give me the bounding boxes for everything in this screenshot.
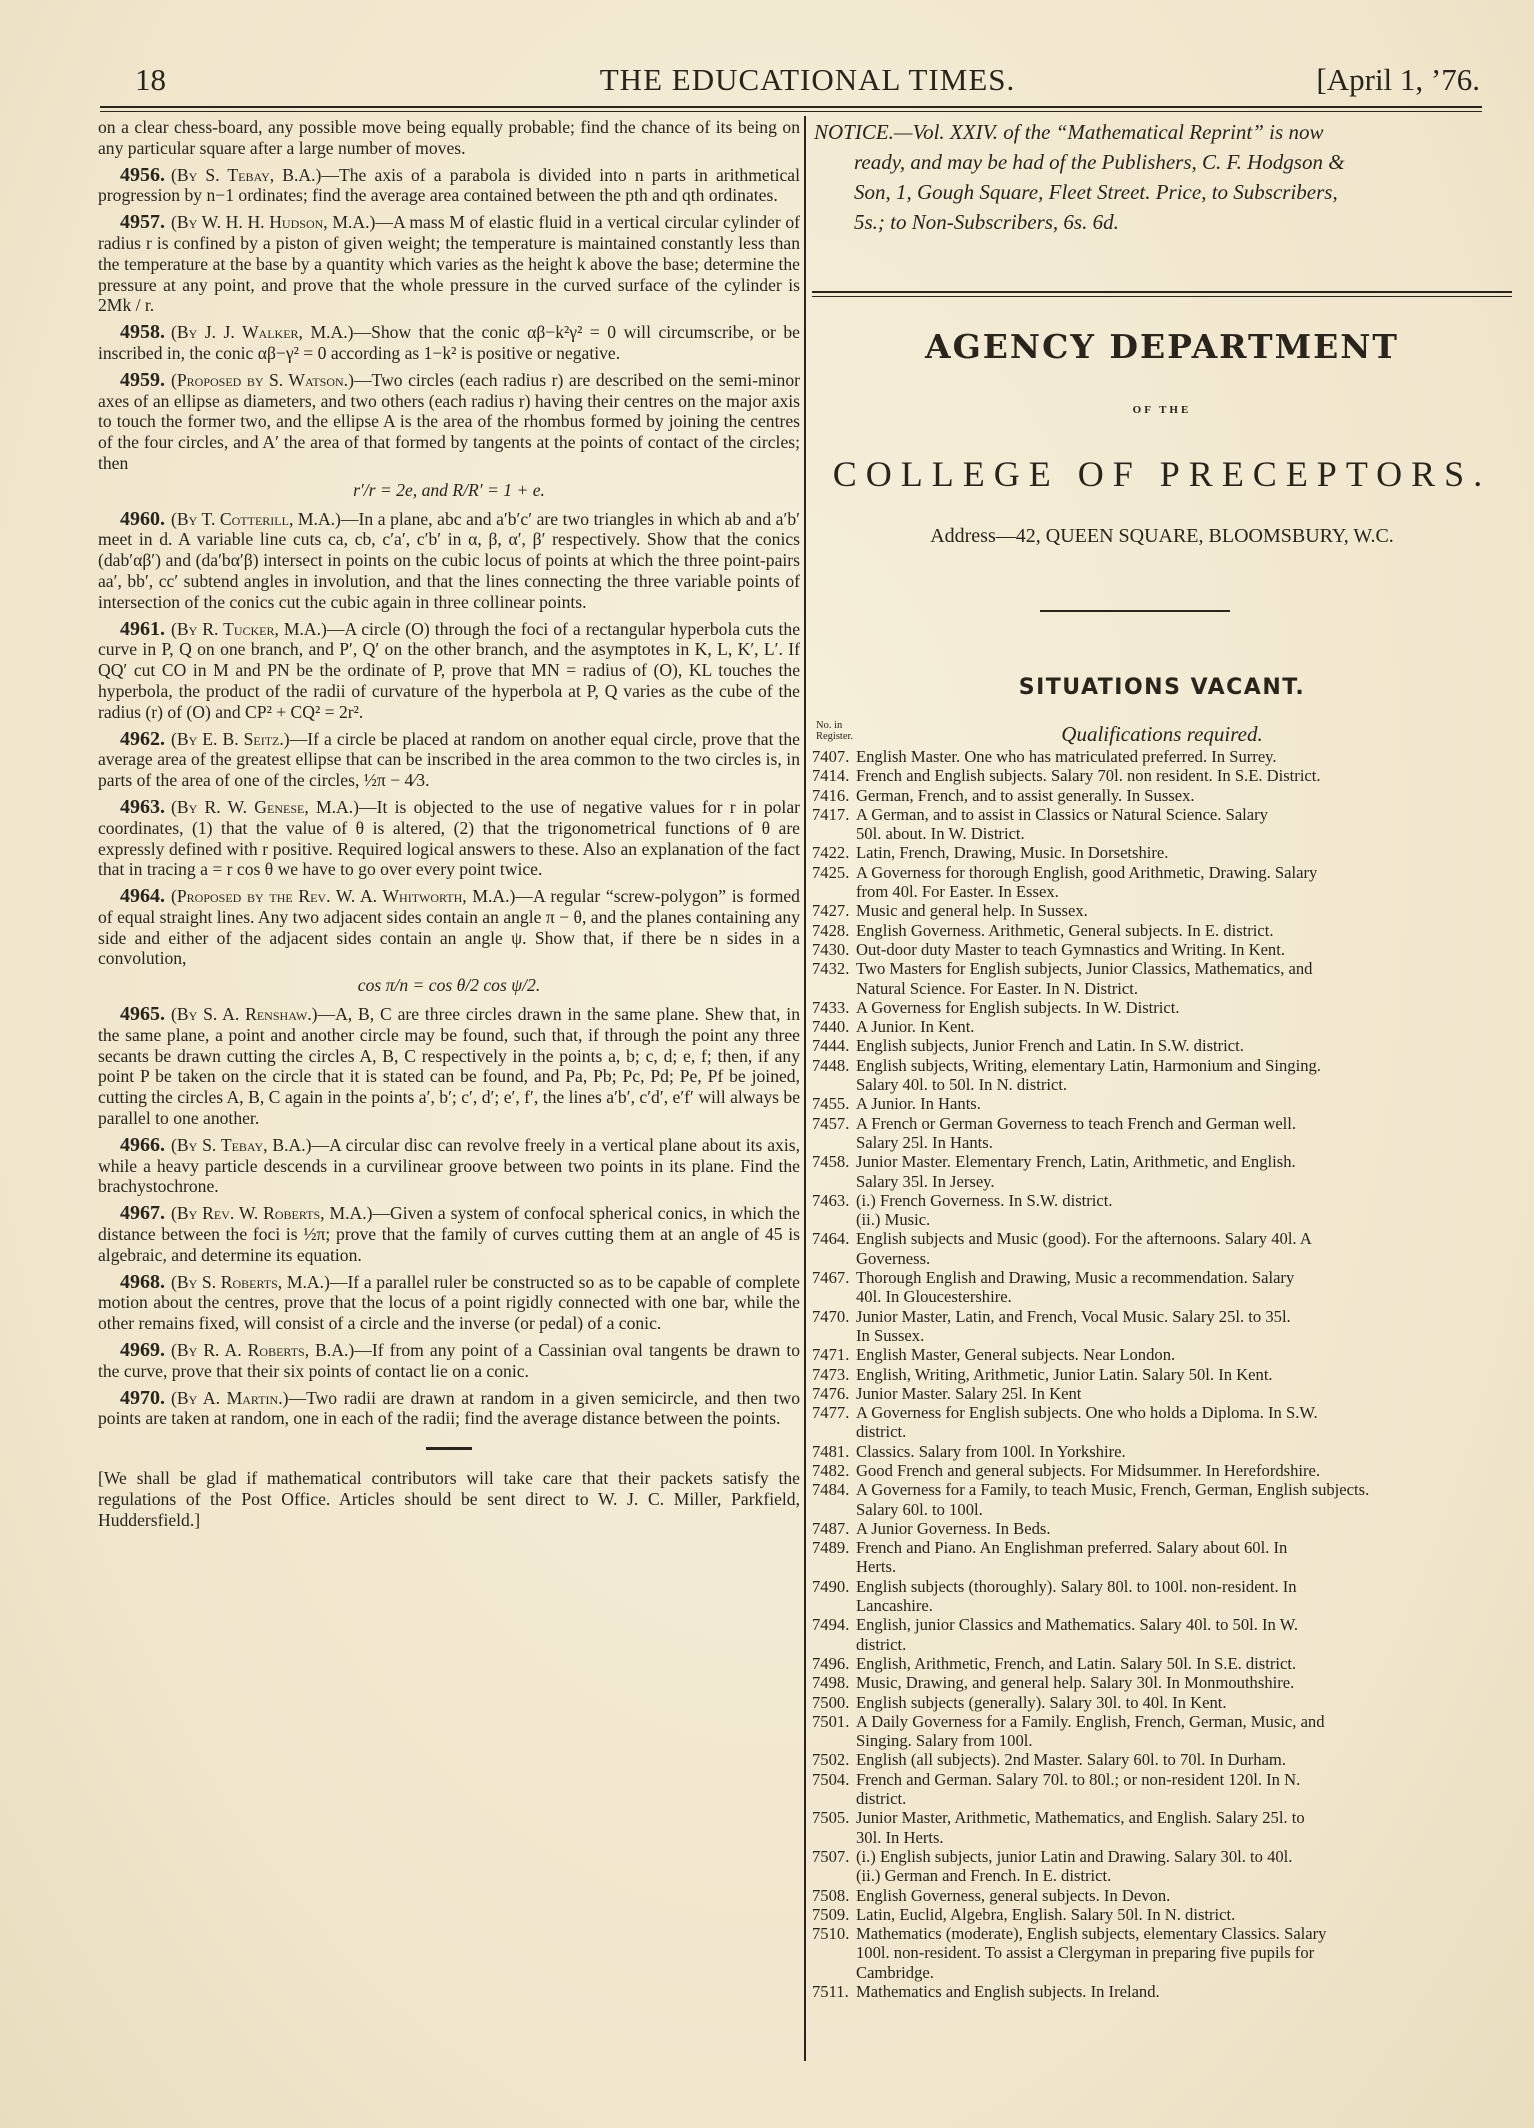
question-author: (By S. Roberts, M.A.)	[171, 1272, 330, 1292]
vacancy-line: Out-door duty Master to teach Gymnastics…	[856, 940, 1512, 959]
vacancy-row: 7508.English Governess, general subjects…	[812, 1886, 1512, 1905]
vacancy-description: English Master. One who has matriculated…	[856, 747, 1512, 766]
register-number: 7432.	[812, 959, 856, 998]
question-author: (By Rev. W. Roberts, M.A.)	[171, 1203, 372, 1223]
vacancy-row: 7504.French and German. Salary 70l. to 8…	[812, 1770, 1512, 1809]
question-formula: cos π/n = cos θ/2 cos ψ/2.	[98, 975, 800, 996]
vacancy-line: English, junior Classics and Mathematics…	[856, 1615, 1512, 1634]
register-number: 7487.	[812, 1519, 856, 1538]
vacancy-line: A French or German Governess to teach Fr…	[856, 1114, 1512, 1133]
vacancy-line: French and English subjects. Salary 70l.…	[856, 766, 1512, 785]
vacancy-description: A Junior. In Hants.	[856, 1094, 1512, 1113]
vacancy-line: Latin, Euclid, Algebra, English. Salary …	[856, 1905, 1512, 1924]
question-item: 4959.(Proposed by S. Watson.)—Two circle…	[98, 370, 800, 474]
vacancy-row: 7477.A Governess for English subjects. O…	[812, 1403, 1512, 1442]
vacancy-description: Junior Master. Elementary French, Latin,…	[856, 1152, 1512, 1191]
vacancy-row: 7489.French and Piano. An Englishman pre…	[812, 1538, 1512, 1577]
vacancy-row: 7440.A Junior. In Kent.	[812, 1017, 1512, 1036]
notice-line: NOTICE.—Vol. XXIV. of the “Mathematical …	[814, 120, 1323, 144]
register-number: 7467.	[812, 1268, 856, 1307]
vacancy-row: 7471.English Master, General subjects. N…	[812, 1345, 1512, 1364]
vacancy-line: A German, and to assist in Classics or N…	[856, 805, 1512, 824]
continuation-text: on a clear chess-board, any possible mov…	[98, 117, 800, 159]
vacancy-row: 7417.A German, and to assist in Classics…	[812, 805, 1512, 844]
vacancy-description: Music and general help. In Sussex.	[856, 901, 1512, 920]
register-number: 7481.	[812, 1442, 856, 1461]
vacancy-line: Salary 35l. In Jersey.	[856, 1172, 1512, 1191]
vacancy-row: 7496.English, Arithmetic, French, and La…	[812, 1654, 1512, 1673]
register-number: 7508.	[812, 1886, 856, 1905]
register-number: 7484.	[812, 1480, 856, 1519]
register-number: 7448.	[812, 1056, 856, 1095]
register-number: 7511.	[812, 1982, 856, 2001]
vacancy-row: 7507.(i.) English subjects, junior Latin…	[812, 1847, 1512, 1886]
register-number: 7414.	[812, 766, 856, 785]
vacancy-line: 40l. In Gloucestershire.	[856, 1287, 1512, 1306]
notice-line: 5s.; to Non-Subscribers, 6s. 6d.	[814, 207, 1512, 237]
question-author: (By E. B. Seitz.)	[171, 729, 290, 749]
vacancy-row: 7455.A Junior. In Hants.	[812, 1094, 1512, 1113]
question-item: 4965.(By S. A. Renshaw.)—A, B, C are thr…	[98, 1004, 800, 1129]
vacancy-row: 7473.English, Writing, Arithmetic, Junio…	[812, 1365, 1512, 1384]
register-number: 7477.	[812, 1403, 856, 1442]
question-author: (By S. Tebay, B.A.)	[171, 1135, 311, 1155]
vacancy-row: 7484.A Governess for a Family, to teach …	[812, 1480, 1512, 1519]
vacancy-line: Lancashire.	[856, 1596, 1512, 1615]
vacancy-description: English subjects, Writing, elementary La…	[856, 1056, 1512, 1095]
register-number: 7509.	[812, 1905, 856, 1924]
register-number: 7501.	[812, 1712, 856, 1751]
question-author: (By R. Tucker, M.A.)	[171, 619, 327, 639]
vacancy-line: (i.) French Governess. In S.W. district.	[856, 1191, 1512, 1210]
vacancy-line: Latin, French, Drawing, Music. In Dorset…	[856, 843, 1512, 862]
question-item: 4966.(By S. Tebay, B.A.)—A circular disc…	[98, 1135, 800, 1197]
vacancy-line: district.	[856, 1789, 1512, 1808]
vacancy-description: (i.) French Governess. In S.W. district.…	[856, 1191, 1512, 1230]
vacancy-line: German, French, and to assist generally.…	[856, 786, 1512, 805]
vacancy-description: English, junior Classics and Mathematics…	[856, 1615, 1512, 1654]
header-rule-thin	[100, 111, 1482, 112]
vacancy-line: Junior Master. Salary 25l. In Kent	[856, 1384, 1512, 1403]
question-author: (Proposed by S. Watson.)	[171, 370, 354, 390]
vacancy-line: English Governess, general subjects. In …	[856, 1886, 1512, 1905]
vacancy-description: German, French, and to assist generally.…	[856, 786, 1512, 805]
vacancy-row: 7470.Junior Master, Latin, and French, V…	[812, 1307, 1512, 1346]
register-number: 7428.	[812, 921, 856, 940]
address-divider	[1040, 610, 1230, 612]
vacancy-row: 7433.A Governess for English subjects. I…	[812, 998, 1512, 1017]
agency-column: NOTICE.—Vol. XXIV. of the “Mathematical …	[812, 117, 1512, 237]
question-item: 4958.(By J. J. Walker, M.A.)—Show that t…	[98, 322, 800, 364]
vacancy-description: Junior Master, Latin, and French, Vocal …	[856, 1307, 1512, 1346]
register-number: 7507.	[812, 1847, 856, 1886]
register-number: 7494.	[812, 1615, 856, 1654]
vacancy-line: Music and general help. In Sussex.	[856, 901, 1512, 920]
question-number: 4956.	[98, 164, 165, 186]
vacancy-row: 7500.English subjects (generally). Salar…	[812, 1693, 1512, 1712]
vacancy-line: Mathematics (moderate), English subjects…	[856, 1924, 1512, 1943]
register-number: 7500.	[812, 1693, 856, 1712]
question-number: 4959.	[98, 369, 165, 391]
vacancy-row: 7444.English subjects, Junior French and…	[812, 1036, 1512, 1055]
vacancy-description: Two Masters for English subjects, Junior…	[856, 959, 1512, 998]
vacancy-line: A Governess for a Family, to teach Music…	[856, 1480, 1512, 1499]
vacancy-line: English subjects (thoroughly). Salary 80…	[856, 1577, 1512, 1596]
vacancy-line: English subjects, Junior French and Lati…	[856, 1036, 1512, 1055]
vacancy-line: Salary 40l. to 50l. In N. district.	[856, 1075, 1512, 1094]
register-number: 7490.	[812, 1577, 856, 1616]
register-number: 7457.	[812, 1114, 856, 1153]
question-number: 4964.	[98, 885, 165, 907]
vacancy-row: 7501.A Daily Governess for a Family. Eng…	[812, 1712, 1512, 1751]
vacancy-description: English subjects (generally). Salary 30l…	[856, 1693, 1512, 1712]
register-number: 7473.	[812, 1365, 856, 1384]
vacancy-description: Thorough English and Drawing, Music a re…	[856, 1268, 1512, 1307]
vacancy-line: Salary 60l. to 100l.	[856, 1500, 1512, 1519]
question-number: 4965.	[98, 1003, 165, 1025]
vacancy-row: 7505.Junior Master, Arithmetic, Mathemat…	[812, 1808, 1512, 1847]
vacancy-description: A Daily Governess for a Family. English,…	[856, 1712, 1512, 1751]
vacancy-description: (i.) English subjects, junior Latin and …	[856, 1847, 1512, 1886]
question-author: (By A. Martin.)	[171, 1388, 288, 1408]
notice-line: ready, and may be had of the Publishers,…	[814, 147, 1512, 177]
vacancy-description: A German, and to assist in Classics or N…	[856, 805, 1512, 844]
vacancy-description: A Governess for thorough English, good A…	[856, 863, 1512, 902]
vacancy-row: 7482.Good French and general subjects. F…	[812, 1461, 1512, 1480]
question-author: (By J. J. Walker, M.A.)	[171, 322, 353, 342]
vacancy-line: Junior Master, Latin, and French, Vocal …	[856, 1307, 1512, 1326]
question-number: 4968.	[98, 1271, 165, 1293]
vacancy-description: Latin, Euclid, Algebra, English. Salary …	[856, 1905, 1512, 1924]
vacancy-line: A Daily Governess for a Family. English,…	[856, 1712, 1512, 1731]
question-number: 4969.	[98, 1339, 165, 1361]
register-number: 7489.	[812, 1538, 856, 1577]
question-item: 4969.(By R. A. Roberts, B.A.)—If from an…	[98, 1340, 800, 1382]
question-item: 4968.(By S. Roberts, M.A.)—If a parallel…	[98, 1272, 800, 1334]
question-item: 4963.(By R. W. Genese, M.A.)—It is objec…	[98, 797, 800, 880]
question-item: 4957.(By W. H. H. Hudson, M.A.)—A mass M…	[98, 212, 800, 316]
question-number: 4962.	[98, 728, 165, 750]
vacancy-description: French and English subjects. Salary 70l.…	[856, 766, 1512, 785]
column-divider	[804, 116, 806, 2061]
register-number: 7430.	[812, 940, 856, 959]
issue-date: [April 1, ’76.	[1316, 62, 1480, 98]
vacancy-description: Classics. Salary from 100l. In Yorkshire…	[856, 1442, 1512, 1461]
vacancy-line: English subjects and Music (good). For t…	[856, 1229, 1512, 1248]
vacancy-description: English subjects and Music (good). For t…	[856, 1229, 1512, 1268]
vacancy-description: English subjects (thoroughly). Salary 80…	[856, 1577, 1512, 1616]
vacancy-line: A Junior. In Hants.	[856, 1094, 1512, 1113]
vacancy-line: Cambridge.	[856, 1963, 1512, 1982]
vacancy-description: Latin, French, Drawing, Music. In Dorset…	[856, 843, 1512, 862]
question-number: 4958.	[98, 321, 165, 343]
vacancy-row: 7463.(i.) French Governess. In S.W. dist…	[812, 1191, 1512, 1230]
situations-heading: SITUATIONS VACANT.	[812, 675, 1512, 700]
vacancy-line: Music, Drawing, and general help. Salary…	[856, 1673, 1512, 1692]
vacancy-row: 7509.Latin, Euclid, Algebra, English. Sa…	[812, 1905, 1512, 1924]
vacancy-row: 7481.Classics. Salary from 100l. In York…	[812, 1442, 1512, 1461]
vacancy-row: 7494.English, junior Classics and Mathem…	[812, 1615, 1512, 1654]
vacancy-line: from 40l. For Easter. In Essex.	[856, 882, 1512, 901]
reprint-notice: NOTICE.—Vol. XXIV. of the “Mathematical …	[812, 117, 1512, 237]
vacancy-line: French and German. Salary 70l. to 80l.; …	[856, 1770, 1512, 1789]
vacancy-description: English Governess, general subjects. In …	[856, 1886, 1512, 1905]
question-author: (By T. Cotterill, M.A.)	[171, 509, 341, 529]
vacancy-description: French and German. Salary 70l. to 80l.; …	[856, 1770, 1512, 1809]
register-number: 7502.	[812, 1750, 856, 1769]
vacancy-row: 7425.A Governess for thorough English, g…	[812, 863, 1512, 902]
college-heading: COLLEGE OF PRECEPTORS.	[812, 453, 1512, 495]
question-number: 4963.	[98, 796, 165, 818]
register-number: 7417.	[812, 805, 856, 844]
register-number: 7463.	[812, 1191, 856, 1230]
vacancy-line: English (all subjects). 2nd Master. Sala…	[856, 1750, 1512, 1769]
vacancy-line: English Governess. Arithmetic, General s…	[856, 921, 1512, 940]
notice-line: Son, 1, Gough Square, Fleet Street. Pric…	[814, 177, 1512, 207]
vacancy-row: 7457.A French or German Governess to tea…	[812, 1114, 1512, 1153]
vacancy-row: 7414.French and English subjects. Salary…	[812, 766, 1512, 785]
register-number: 7510.	[812, 1924, 856, 1982]
question-author: (By S. Tebay, B.A.)	[171, 165, 321, 185]
vacancy-description: French and Piano. An Englishman preferre…	[856, 1538, 1512, 1577]
vacancy-line: English, Arithmetic, French, and Latin. …	[856, 1654, 1512, 1673]
vacancy-description: A Junior Governess. In Beds.	[856, 1519, 1512, 1538]
vacancy-line: English Master. One who has matriculated…	[856, 747, 1512, 766]
register-number: 7482.	[812, 1461, 856, 1480]
vacancy-row: 7427.Music and general help. In Sussex.	[812, 901, 1512, 920]
register-number: 7440.	[812, 1017, 856, 1036]
vacancy-line: Governess.	[856, 1249, 1512, 1268]
question-item: 4967.(By Rev. W. Roberts, M.A.)—Given a …	[98, 1203, 800, 1265]
mathematical-questions-column: on a clear chess-board, any possible mov…	[98, 117, 800, 1535]
question-item: 4960.(By T. Cotterill, M.A.)—In a plane,…	[98, 509, 800, 613]
vacancy-line: 50l. about. In W. District.	[856, 824, 1512, 843]
register-number: 7498.	[812, 1673, 856, 1692]
page-header: 18 THE EDUCATIONAL TIMES. [April 1, ’76.	[135, 62, 1480, 102]
vacancy-description: Mathematics and English subjects. In Ire…	[856, 1982, 1512, 2001]
vacancy-line: (ii.) German and French. In E. district.	[856, 1866, 1512, 1885]
vacancy-description: English Governess. Arithmetic, General s…	[856, 921, 1512, 940]
qualifications-column-label: Qualifications required.	[812, 722, 1512, 747]
question-number: 4961.	[98, 618, 165, 640]
vacancy-line: A Governess for English subjects. In W. …	[856, 998, 1512, 1017]
register-number: 7422.	[812, 843, 856, 862]
vacancy-row: 7476.Junior Master. Salary 25l. In Kent	[812, 1384, 1512, 1403]
question-author: (Proposed by the Rev. W. A. Whitworth, M…	[171, 886, 515, 906]
question-item: 4970.(By A. Martin.)—Two radii are drawn…	[98, 1388, 800, 1430]
vacancy-line: district.	[856, 1422, 1512, 1441]
vacancy-description: Junior Master, Arithmetic, Mathematics, …	[856, 1808, 1512, 1847]
vacancy-description: A Governess for English subjects. In W. …	[856, 998, 1512, 1017]
vacancy-line: A Junior. In Kent.	[856, 1017, 1512, 1036]
vacancy-row: 7487.A Junior Governess. In Beds.	[812, 1519, 1512, 1538]
question-author: (By W. H. H. Hudson, M.A.)	[171, 212, 375, 232]
question-number: 4957.	[98, 211, 165, 233]
register-number: 7407.	[812, 747, 856, 766]
vacancy-line: English subjects, Writing, elementary La…	[856, 1056, 1512, 1075]
vacancy-row: 7422.Latin, French, Drawing, Music. In D…	[812, 843, 1512, 862]
vacancy-row: 7511.Mathematics and English subjects. I…	[812, 1982, 1512, 2001]
register-number: 7496.	[812, 1654, 856, 1673]
vacancy-description: Out-door duty Master to teach Gymnastics…	[856, 940, 1512, 959]
vacancy-line: Herts.	[856, 1557, 1512, 1576]
vacancy-line: district.	[856, 1635, 1512, 1654]
vacancy-description: A Governess for English subjects. One wh…	[856, 1403, 1512, 1442]
vacancy-line: Junior Master, Arithmetic, Mathematics, …	[856, 1808, 1512, 1827]
register-number: 7444.	[812, 1036, 856, 1055]
question-item: 4964.(Proposed by the Rev. W. A. Whitwor…	[98, 886, 800, 969]
vacancy-description: English Master, General subjects. Near L…	[856, 1345, 1512, 1364]
vacancy-line: Two Masters for English subjects, Junior…	[856, 959, 1512, 978]
college-address: Address—42, QUEEN SQUARE, BLOOMSBURY, W.…	[812, 525, 1512, 548]
vacancy-row: 7407.English Master. One who has matricu…	[812, 747, 1512, 766]
register-number: 7416.	[812, 786, 856, 805]
question-author: (By S. A. Renshaw.)	[171, 1004, 317, 1024]
of-the-label: OF THE	[812, 404, 1512, 416]
question-author: (By R. W. Genese, M.A.)	[171, 797, 359, 817]
question-number: 4970.	[98, 1387, 165, 1409]
vacancy-description: English subjects, Junior French and Lati…	[856, 1036, 1512, 1055]
vacancy-line: A Junior Governess. In Beds.	[856, 1519, 1512, 1538]
header-rule	[100, 106, 1482, 108]
vacancy-line: 30l. In Herts.	[856, 1828, 1512, 1847]
vacancy-list-header: No. in Register. Qualifications required…	[812, 720, 1512, 750]
notice-rule	[812, 291, 1512, 293]
vacancy-line: Junior Master. Elementary French, Latin,…	[856, 1152, 1512, 1171]
vacancy-description: English, Writing, Arithmetic, Junior Lat…	[856, 1365, 1512, 1384]
vacancy-row: 7498.Music, Drawing, and general help. S…	[812, 1673, 1512, 1692]
question-author: (By R. A. Roberts, B.A.)	[171, 1340, 354, 1360]
register-number: 7464.	[812, 1229, 856, 1268]
register-number: 7458.	[812, 1152, 856, 1191]
vacancy-description: English (all subjects). 2nd Master. Sala…	[856, 1750, 1512, 1769]
vacancy-row: 7428.English Governess. Arithmetic, Gene…	[812, 921, 1512, 940]
question-number: 4967.	[98, 1202, 165, 1224]
vacancy-line: Good French and general subjects. For Mi…	[856, 1461, 1512, 1480]
register-number: 7433.	[812, 998, 856, 1017]
vacancy-description: A Junior. In Kent.	[856, 1017, 1512, 1036]
question-item: 4961.(By R. Tucker, M.A.)—A circle (O) t…	[98, 619, 800, 723]
question-item: 4956.(By S. Tebay, B.A.)—The axis of a p…	[98, 165, 800, 207]
vacancy-line: Salary 25l. In Hants.	[856, 1133, 1512, 1152]
vacancy-row: 7467.Thorough English and Drawing, Music…	[812, 1268, 1512, 1307]
vacancy-row: 7510.Mathematics (moderate), English sub…	[812, 1924, 1512, 1982]
vacancy-row: 7464.English subjects and Music (good). …	[812, 1229, 1512, 1268]
register-number: 7425.	[812, 863, 856, 902]
question-formula: r′/r = 2e, and R/R′ = 1 + e.	[98, 480, 800, 501]
question-item: 4962.(By E. B. Seitz.)—If a circle be pl…	[98, 729, 800, 791]
contributors-footnote: [We shall be glad if mathematical contri…	[98, 1468, 800, 1530]
vacancy-description: Good French and general subjects. For Mi…	[856, 1461, 1512, 1480]
vacancy-row: 7448.English subjects, Writing, elementa…	[812, 1056, 1512, 1095]
vacancy-line: Singing. Salary from 100l.	[856, 1731, 1512, 1750]
question-number: 4960.	[98, 508, 165, 530]
notice-rule-thin	[812, 296, 1512, 297]
vacancy-line: (ii.) Music.	[856, 1210, 1512, 1229]
vacancy-line: Mathematics and English subjects. In Ire…	[856, 1982, 1512, 2001]
vacancy-line: English, Writing, Arithmetic, Junior Lat…	[856, 1365, 1512, 1384]
vacancy-line: English subjects (generally). Salary 30l…	[856, 1693, 1512, 1712]
register-number: 7427.	[812, 901, 856, 920]
vacancy-line: French and Piano. An Englishman preferre…	[856, 1538, 1512, 1557]
vacancy-row: 7432.Two Masters for English subjects, J…	[812, 959, 1512, 998]
register-number: 7470.	[812, 1307, 856, 1346]
masthead-title: THE EDUCATIONAL TIMES.	[135, 62, 1480, 98]
vacancy-line: In Sussex.	[856, 1326, 1512, 1345]
newspaper-page: 18 THE EDUCATIONAL TIMES. [April 1, ’76.…	[0, 0, 1534, 2128]
vacancy-row: 7490.English subjects (thoroughly). Sala…	[812, 1577, 1512, 1616]
vacancy-list: 7407.English Master. One who has matricu…	[812, 747, 1512, 2001]
vacancy-description: A French or German Governess to teach Fr…	[856, 1114, 1512, 1153]
register-number: 7455.	[812, 1094, 856, 1113]
vacancy-row: 7416.German, French, and to assist gener…	[812, 786, 1512, 805]
vacancy-row: 7458.Junior Master. Elementary French, L…	[812, 1152, 1512, 1191]
vacancy-description: Mathematics (moderate), English subjects…	[856, 1924, 1512, 1982]
question-list: 4956.(By S. Tebay, B.A.)—The axis of a p…	[98, 165, 800, 1430]
register-number: 7471.	[812, 1345, 856, 1364]
agency-heading: AGENCY DEPARTMENT	[812, 327, 1512, 366]
vacancy-line: English Master, General subjects. Near L…	[856, 1345, 1512, 1364]
vacancy-row: 7430.Out-door duty Master to teach Gymna…	[812, 940, 1512, 959]
vacancy-line: Natural Science. For Easter. In N. Distr…	[856, 979, 1512, 998]
section-divider	[426, 1447, 472, 1450]
vacancy-line: Classics. Salary from 100l. In Yorkshire…	[856, 1442, 1512, 1461]
vacancy-row: 7502.English (all subjects). 2nd Master.…	[812, 1750, 1512, 1769]
question-number: 4966.	[98, 1134, 165, 1156]
vacancy-description: Junior Master. Salary 25l. In Kent	[856, 1384, 1512, 1403]
vacancy-line: A Governess for English subjects. One wh…	[856, 1403, 1512, 1422]
register-number: 7476.	[812, 1384, 856, 1403]
vacancy-line: A Governess for thorough English, good A…	[856, 863, 1512, 882]
vacancy-description: English, Arithmetic, French, and Latin. …	[856, 1654, 1512, 1673]
register-number: 7504.	[812, 1770, 856, 1809]
vacancy-line: 100l. non-resident. To assist a Clergyma…	[856, 1943, 1512, 1962]
vacancy-line: (i.) English subjects, junior Latin and …	[856, 1847, 1512, 1866]
vacancy-description: Music, Drawing, and general help. Salary…	[856, 1673, 1512, 1692]
register-number: 7505.	[812, 1808, 856, 1847]
vacancy-line: Thorough English and Drawing, Music a re…	[856, 1268, 1512, 1287]
vacancy-description: A Governess for a Family, to teach Music…	[856, 1480, 1512, 1519]
